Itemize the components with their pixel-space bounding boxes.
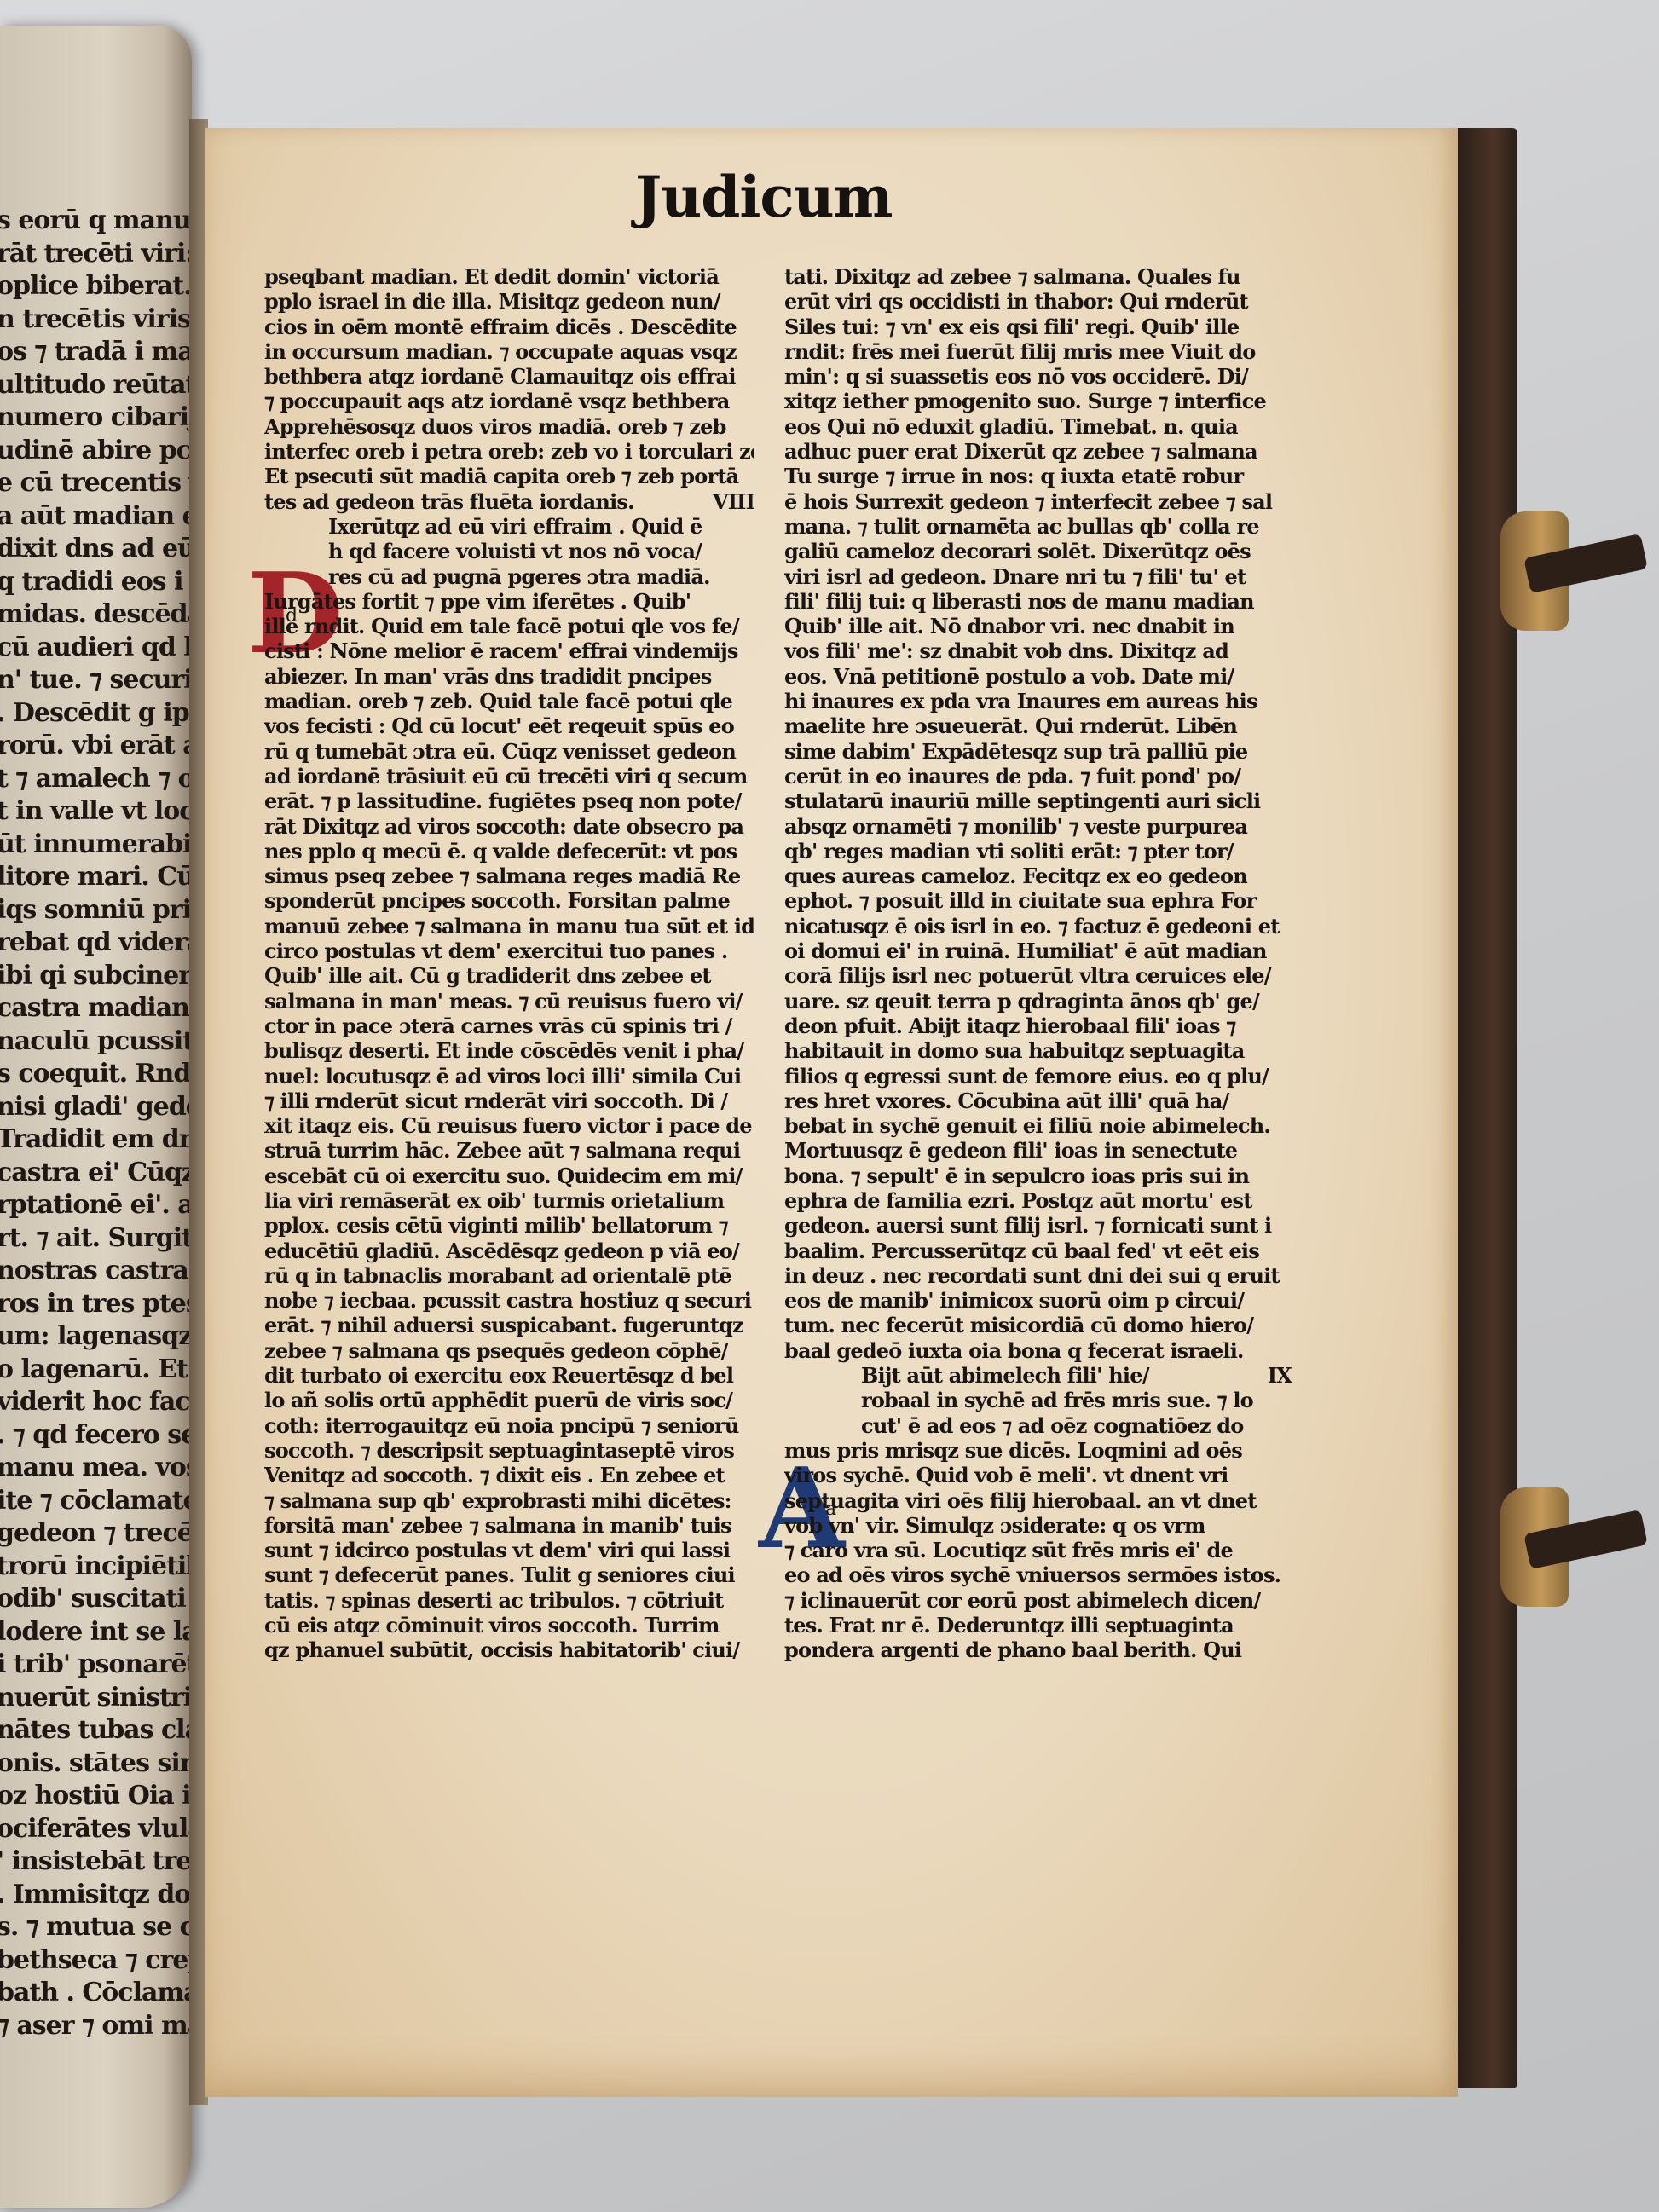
text-line: dit turbato oi exercitu eox Reuertēsqz d… <box>264 1363 754 1388</box>
text-line: sunt ⁊ idcirco postulas vt dem' viri qui… <box>264 1538 754 1562</box>
text-line: eos. Vnā petitionē postulo a vob. Date m… <box>784 664 1292 689</box>
left-page-line: t in valle vt locustar <box>0 795 192 829</box>
text-line: bebat in sychē genuit ei filiū noie abim… <box>784 1113 1292 1138</box>
left-page-line: lodere int se lagen <box>0 1616 192 1649</box>
left-page-line: cū audieri qd loqu <box>0 632 192 665</box>
text-line: tes. Frat nr ē. Dederuntqz illi septuagi… <box>784 1613 1292 1637</box>
left-page-line: nisi gladi' gedeoni <box>0 1091 192 1124</box>
text-line: pplo israel in die illa. Misitqz gedeon … <box>264 289 754 314</box>
left-page-line: onis. stātes singuli <box>0 1747 192 1781</box>
text-line: cū eis atqz cōminuit viros soccoth. Turr… <box>264 1613 754 1637</box>
text-line: viri isrl ad gedeon. Dnare nri tu ⁊ fili… <box>784 564 1292 589</box>
text-line: ⁊ illi rnderūt sicut rnderāt viri soccot… <box>264 1089 754 1113</box>
text-line: xitqz iether pmogenito suo. Surge ⁊ inte… <box>784 389 1292 413</box>
text-line: cios in oēm montē effraim dicēs . Descēd… <box>264 315 754 339</box>
left-page-line: udinē abire pcepit ad <box>0 435 192 468</box>
text-line: rū q tumebāt ɔtra eū. Cūqz venisset gede… <box>264 739 754 764</box>
left-page-line: ibi qi subcinerici' pa <box>0 960 192 993</box>
left-page-line: iqs somniū primo <box>0 894 192 927</box>
text-line: ⁊ caro vra sū. Locutiqz sūt frēs mris ei… <box>784 1538 1292 1562</box>
text-line: galiū cameloz decorari solēt. Dixerūtqz … <box>784 539 1292 563</box>
text-line: cut' ē ad eos ⁊ ad oēz cognatiōez do <box>784 1413 1292 1438</box>
text-line: soccoth. ⁊ descripsit septuagintaseptē v… <box>264 1438 754 1463</box>
left-page-line: castra ei' Cūqz audi <box>0 1157 192 1190</box>
text-line: Quib' ille ait. Nō dnabor vri. nec dnabi… <box>784 614 1292 638</box>
left-page-line: bath . Cōclamantes <box>0 1977 192 2010</box>
text-line: rāt Dixitqz ad viros soccoth: date obsec… <box>264 814 754 839</box>
left-page-line: ociferātes vlulāte <box>0 1813 192 1846</box>
text-line: ad iordanē trāsiuit eū cū trecēti viri q… <box>264 764 754 788</box>
column-right-lines: tati. Dixitqz ad zebee ⁊ salmana. Quales… <box>784 264 1292 1663</box>
text-line: baal gedeō iuxta oia bona q fecerat isra… <box>784 1338 1292 1363</box>
text-line: erūt viri qs occidisti in thabor: Qui rn… <box>784 289 1292 314</box>
text-line: Quib' ille ait. Cū g tradiderit dns zebe… <box>264 963 754 988</box>
left-page-line: naculū pcussit illd <box>0 1025 192 1059</box>
left-page-line: bethseca ⁊ crepid <box>0 1944 192 1978</box>
text-line: gedeon. auersi sunt filij isrl. ⁊ fornic… <box>784 1213 1292 1238</box>
left-page-line: numero cibarijs ⁊ <box>0 401 192 435</box>
text-line: ephra de familia ezri. Postqz aūt mortu'… <box>784 1188 1292 1213</box>
text-line: vos fili' me': sz dnabit vob dns. Dixitq… <box>784 638 1292 663</box>
text-line: simus pseq zebee ⁊ salmana reges madiā R… <box>264 863 754 888</box>
text-line: habitauit in domo sua habuitqz septuagit… <box>784 1038 1292 1063</box>
left-page-fragment: s eorū q manu ad os prāt trecēti viri: o… <box>0 26 192 2208</box>
text-line: septuagita viri oēs filij hierobaal. an … <box>784 1488 1292 1513</box>
text-line: ephot. ⁊ posuit illd in ciuitate sua eph… <box>784 888 1292 913</box>
left-page-line: oz hostiū Oia itaq <box>0 1780 192 1813</box>
text-line: ques aureas cameloz. Fecitqz ex eo gedeo… <box>784 863 1292 888</box>
text-line: uare. sz qeuit terra p qdraginta ānos qb… <box>784 989 1292 1014</box>
text-line: filios q egressi sunt de femore eius. eo… <box>784 1064 1292 1089</box>
left-page-line: um: lagenasqz vacua <box>0 1320 192 1354</box>
text-line: zebee ⁊ salmana qs psequēs gedeon cōphē/ <box>264 1338 754 1363</box>
text-line: Bijt aūt abimelech fili' hie/IX <box>784 1363 1292 1388</box>
left-page-line: dixit dns ad eū. Sur <box>0 533 192 566</box>
left-page-line: t ⁊ amalech ⁊ oēs or <box>0 763 192 796</box>
text-line: cisti : Nōne melior ē racem' effrai vind… <box>264 638 754 663</box>
text-line: ⁊ salmana sup qb' exprobrasti mihi dicēt… <box>264 1488 754 1513</box>
text-line: qz phanuel subūtit, occisis habitatorib'… <box>264 1637 754 1662</box>
text-line: erāt. ⁊ nihil aduersi suspicabant. fuger… <box>264 1313 754 1337</box>
text-line: bona. ⁊ sepult' ē in sepulcro ioas pris … <box>784 1164 1292 1188</box>
left-page-line: rptationē ei'. adora <box>0 1189 192 1222</box>
left-page-line: os ⁊ tradā i manu <box>0 336 192 369</box>
running-head: Judicum <box>635 164 892 230</box>
text-line: forsitā man' zebee ⁊ salmana in manib' t… <box>264 1513 754 1538</box>
text-line: erāt. ⁊ p lassitudine. fugiētes pseq non… <box>264 788 754 813</box>
left-page-line: viderit hoc facite <box>0 1386 192 1419</box>
text-line: abiezer. In man' vrās dns tradidit pncip… <box>264 664 754 689</box>
text-line: qb' reges madian vti soliti erāt: ⁊ pter… <box>784 839 1292 863</box>
text-line: madian. oreb ⁊ zeb. Quid tale facē potui… <box>264 689 754 713</box>
text-line: vob vn' vir. Simulqz ɔsiderate: q os vrm <box>784 1513 1292 1538</box>
text-line: in occursum madian. ⁊ occupate aquas vsq… <box>264 339 754 364</box>
text-line: res hret vxores. Cōcubina aūt illi' quā … <box>784 1089 1292 1113</box>
left-page-line: rāt trecēti viri: ois a <box>0 238 192 271</box>
left-page-line: o lagenarū. Et dix <box>0 1354 192 1387</box>
text-line: absqz ornamēti ⁊ monilib' ⁊ veste purpur… <box>784 814 1292 839</box>
text-line: deon pfuit. Abijt itaqz hierobaal fili' … <box>784 1014 1292 1038</box>
text-line: salmana in man' meas. ⁊ cū reuisus fuero… <box>264 989 754 1014</box>
left-page-line: n trecētis viris q la <box>0 303 192 337</box>
text-line: coth: iterrogauitqz eū noia pncipū ⁊ sen… <box>264 1413 754 1438</box>
text-line: adhuc puer erat Dixerūt qz zebee ⁊ salma… <box>784 439 1292 464</box>
left-page-text: s eorū q manu ad os prāt trecēti viri: o… <box>0 205 192 2042</box>
left-page-line: a aūt madian erāt sub <box>0 500 192 534</box>
text-line: tati. Dixitqz ad zebee ⁊ salmana. Quales… <box>784 264 1292 289</box>
text-line: sponderūt pncipes soccoth. Forsitan palm… <box>264 888 754 913</box>
text-line: Ixerūtqz ad eū viri effraim . Quid ē <box>264 514 754 539</box>
text-line: Et psecuti sūt madiā capita oreb ⁊ zeb p… <box>264 464 754 488</box>
text-line: cerūt in eo inaures de pda. ⁊ fuit pond'… <box>784 764 1292 788</box>
left-page-line: ros in tres ptes ⁊ ded <box>0 1288 192 1321</box>
clasp-upper <box>1492 511 1594 631</box>
left-page-line: . Descēdit g ipe ⁊ pha <box>0 697 192 731</box>
text-line: struā turrim hāc. Zebee aūt ⁊ salmana re… <box>264 1138 754 1163</box>
text-line: oi domui ei' in ruinā. Humiliat' ē aūt m… <box>784 939 1292 963</box>
text-line: min': q si suassetis eos nō vos occiderē… <box>784 364 1292 389</box>
text-line: lia viri remāserāt ex oib' turmis orieta… <box>264 1188 754 1213</box>
text-line: tatis. ⁊ spinas deserti ac tribulos. ⁊ c… <box>264 1588 754 1613</box>
left-page-line: ūt innumerabiles e <box>0 829 192 862</box>
text-line: Tu surge ⁊ irrue in nos: q iuxta etatē r… <box>784 464 1292 488</box>
text-line: pplox. cesis cētū viginti milib' bellato… <box>264 1213 754 1238</box>
left-page-line: nostras castra madia <box>0 1255 192 1288</box>
text-line: sime dabim' Expādētesqz sup trā palliū p… <box>784 739 1292 764</box>
text-line: corā filijs isrl nec potuerūt vltra ceru… <box>784 963 1292 988</box>
text-line: pseqbant madian. Et dedit domin' victori… <box>264 264 754 289</box>
text-line: res cū ad pugnā pgeres ɔtra madiā. <box>264 564 754 589</box>
left-page-line: . Immisitqz domi <box>0 1879 192 1912</box>
left-page-line: s. ⁊ mutua se cede <box>0 1911 192 1944</box>
left-page-line: ' insistebāt trecēti <box>0 1845 192 1879</box>
left-page-line: e cū trecentis viris se <box>0 467 192 500</box>
text-line: h qd facere voluisti vt nos nō voca/ <box>264 539 754 563</box>
text-line: Apprehēsosqz duos viros madiā. oreb ⁊ ze… <box>264 414 754 439</box>
text-line: eos de manib' inimicox suorū oim p circu… <box>784 1288 1292 1313</box>
text-line: pondera argenti de phano baal berith. Qu… <box>784 1637 1292 1662</box>
left-page-line: rorū. vbi erāt arma <box>0 730 192 763</box>
text-line: ille rndit. Quid em tale facē potui qle … <box>264 614 754 638</box>
left-page-line: litore mari. Cūqz ve <box>0 861 192 894</box>
left-page-line: manu mea. vos q ju <box>0 1452 192 1485</box>
text-line: in deuz . nec recordati sunt dni dei sui… <box>784 1263 1292 1288</box>
left-page-line: odib' suscitati cepe <box>0 1583 192 1616</box>
text-line: ⁊ poccupauit aqs atz iordanē vsqz bethbe… <box>264 389 754 413</box>
text-line: lo añ solis ortū apphēdit puerū de viris… <box>264 1388 754 1412</box>
text-line: educētiū gladiū. Ascēdēsqz gedeon p viā … <box>264 1239 754 1263</box>
left-page-line: castra madian desce <box>0 992 192 1025</box>
text-line: nuel: locutusqz ē ad viros loci illi' si… <box>264 1064 754 1089</box>
left-page-line: q tradidi eos i manu <box>0 566 192 599</box>
text-line: mana. ⁊ tulit ornamēta ac bullas qb' col… <box>784 514 1292 539</box>
left-page-line: ⁊ aser ⁊ omi manass <box>0 2010 192 2043</box>
left-page-line: Tradidit em dns in <box>0 1123 192 1157</box>
left-page-line: i trib' psonarēt loc <box>0 1649 192 1682</box>
chapter-number: VIII <box>713 489 754 514</box>
text-line: xit itaqz eis. Cū reuisus fuero victor i… <box>264 1113 754 1138</box>
text-line: circo postulas vt dem' exercitui tuo pan… <box>264 939 754 963</box>
text-line: ⁊ iclinauerūt cor eorū post abimelech di… <box>784 1588 1292 1613</box>
left-page-line: nātes tubas clama <box>0 1714 192 1747</box>
text-line: Mortuusqz ē gedeon fili' ioas in senectu… <box>784 1138 1292 1163</box>
text-line: viros sychē. Quid vob ē meli'. vt dnent … <box>784 1463 1292 1487</box>
left-page-line: nuerūt sinistri man <box>0 1682 192 1715</box>
text-line: eo ad oēs viros sychē vniuersos sermōes … <box>784 1562 1292 1587</box>
left-page-line: ite ⁊ cōclamate dn <box>0 1485 192 1518</box>
text-line: bethbera atqz iordanē Clamauitqz ois eff… <box>264 364 754 389</box>
text-line: tum. nec fecerūt misicordiā cū domo hier… <box>784 1313 1292 1337</box>
text-line: Siles tui: ⁊ vn' ex eis qsi fili' regi. … <box>784 315 1292 339</box>
text-line: rndit: frēs mei fuerūt filij mris mee Vi… <box>784 339 1292 364</box>
chapter-number: IX <box>1268 1363 1292 1388</box>
text-line: sunt ⁊ defecerūt panes. Tulit g seniores… <box>264 1562 754 1587</box>
left-page-line: midas. descēdat te <box>0 598 192 632</box>
text-line: baalim. Percusserūtqz cū baal fed' vt eē… <box>784 1239 1292 1263</box>
left-page-line: gedeon ⁊ trecēti vi <box>0 1517 192 1551</box>
column-left-lines: pseqbant madian. Et dedit domin' victori… <box>264 264 754 1663</box>
text-line: vos fecisti : Qd cū locut' eēt reqeuit s… <box>264 713 754 738</box>
left-page-line: n' tue. ⁊ securior ad <box>0 664 192 697</box>
left-page-line: rt. ⁊ ait. Surgite: tra <box>0 1222 192 1256</box>
text-line: hi inaures ex pda vra Inaures em aureas … <box>784 689 1292 713</box>
left-page-line: s eorū q manu ad os p <box>0 205 192 238</box>
right-page: Judicum D d pseqbant madian. Et dedit do… <box>205 128 1458 2097</box>
text-line: eos Qui nō eduxit gladiū. Timebat. n. qu… <box>784 414 1292 439</box>
text-line: ctor in pace ɔterā carnes vrās cū spinis… <box>264 1014 754 1038</box>
text-line: fili' filij tui: q liberasti nos de manu… <box>784 589 1292 614</box>
left-page-line: ultitudo reūtat in lo <box>0 369 192 402</box>
text-line: robaal in sychē ad frēs mris sue. ⁊ lo <box>784 1388 1292 1412</box>
text-column-left: pseqbant madian. Et dedit domin' victori… <box>264 264 754 1663</box>
left-page-line: . ⁊ qd fecero secta <box>0 1419 192 1453</box>
left-page-line: trorū incipiētib' vig <box>0 1551 192 1584</box>
text-line: nes pplo q mecū ē. q valde defecerūt: vt… <box>264 839 754 863</box>
text-line: nobe ⁊ iecbaa. pcussit castra hostiuz q … <box>264 1288 754 1313</box>
left-page-line: rebat qd viderat. <box>0 927 192 960</box>
text-line: Venitqz ad soccoth. ⁊ dixit eis . En zeb… <box>264 1463 754 1487</box>
text-line: manuū zebee ⁊ salmana in manu tua sūt et… <box>264 914 754 939</box>
text-line: stulatarū inauriū mille septingenti auri… <box>784 788 1292 813</box>
text-line: bulisqz deserti. Et inde cōscēdēs venit … <box>264 1038 754 1063</box>
text-column-right: tati. Dixitqz ad zebee ⁊ salmana. Quales… <box>784 264 1292 1663</box>
text-line: interfec oreb i petra oreb: zeb vo i tor… <box>264 439 754 464</box>
text-line: escebāt cū oi exercitu suo. Quidecim em … <box>264 1164 754 1188</box>
text-line: tes ad gedeon trās fluēta iordanis.VIII <box>264 489 754 514</box>
text-line: nicatusqz ē ois isrl in eo. ⁊ factuz ē g… <box>784 914 1292 939</box>
text-line: mus pris mrisqz sue dicēs. Loqmini ad oē… <box>784 1438 1292 1463</box>
text-line: Iurgātes fortit ⁊ ppe vim iferētes . Qui… <box>264 589 754 614</box>
left-page-line: oplice biberat. Et ai <box>0 270 192 303</box>
clasp-lower <box>1492 1487 1594 1607</box>
text-line: rū q in tabnaclis morabant ad orientalē … <box>264 1263 754 1288</box>
text-line: ē hois Surrexit gedeon ⁊ interfecit zebe… <box>784 489 1292 514</box>
text-line: maelite hre ɔsueuerāt. Qui rnderūt. Libē… <box>784 713 1292 738</box>
left-page-line: s coequit. Rndit is <box>0 1058 192 1091</box>
book-cover-edge <box>1458 128 1517 2088</box>
